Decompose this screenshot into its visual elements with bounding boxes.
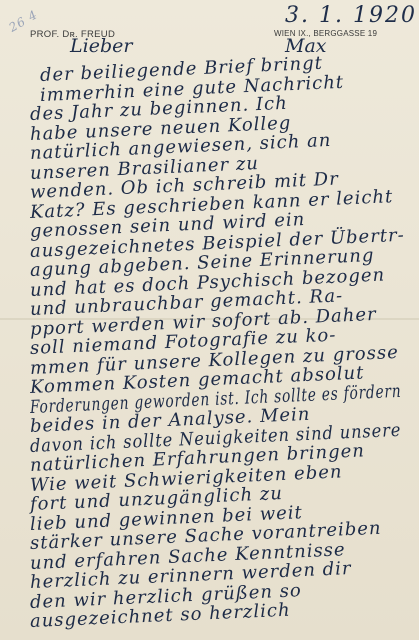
letter-page: 26 4 PROF. Dʀ. FREUD WIEN IX., BERGGASSE… (0, 0, 419, 640)
salutation: Lieber Max (70, 35, 132, 57)
salutation-greeting: Lieber (70, 35, 132, 57)
handwritten-date: 3. 1. 1920 (285, 3, 417, 28)
